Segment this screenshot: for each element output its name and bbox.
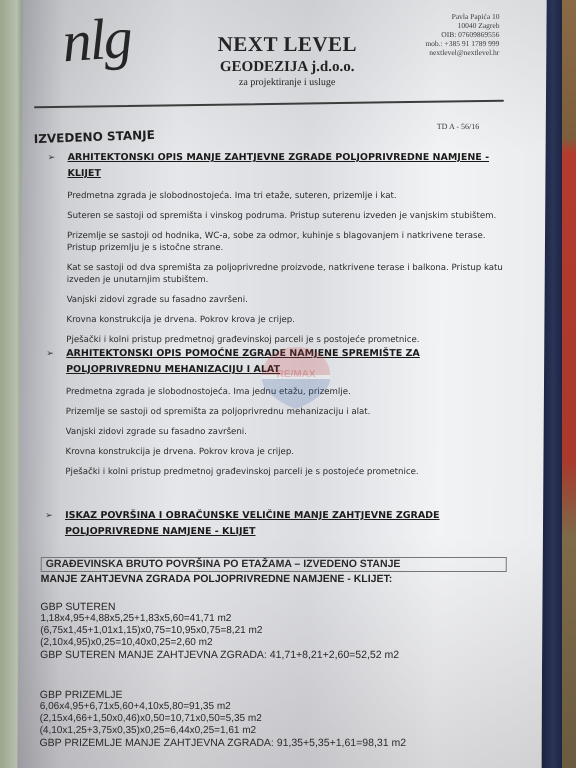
calc-line: (2,15x4,66+1,50x0,46)x0,50=10,71x0,50=5,…: [40, 713, 407, 725]
paragraph: Krovna konstrukcija je drvena. Pokrov kr…: [45, 446, 515, 458]
paragraph: Predmetna zgrada je slobodnostojeća. Ima…: [46, 386, 516, 398]
paragraph: Prizemlje se sastoji od spremišta za pol…: [46, 406, 516, 418]
section-storage-description: ➢ ARHITEKTONSKI OPIS POMOĆNE ZGRADE NAMJ…: [45, 346, 516, 478]
address-line: OIB: 07609869556: [417, 30, 499, 39]
paragraph: Kat se sastoji od dva spremišta za poljo…: [47, 262, 517, 286]
calc-line: 1,18x4,95+4,88x5,25+1,83x5,60=41,71 m2: [40, 613, 399, 625]
gbp-table-subtitle: MANJE ZAHTJEVNA ZGRADA POLJOPRIVREDNE NA…: [41, 573, 393, 585]
document-title: IZVEDENO STANJE: [34, 128, 155, 146]
address-line: 10040 Zagreb: [417, 21, 499, 30]
company-block: NEXT LEVEL GEODEZIJA j.d.o.o. za projekt…: [182, 32, 392, 88]
calc-line: (2,10x4,95)x0,25=10,40x0,25=2,60 m2: [40, 637, 399, 649]
calc-total: GBP SUTEREN MANJE ZAHTJEVNA ZGRADA: 41,7…: [40, 649, 399, 661]
calc-line: 6,06x4,95+6,71x5,60+4,10x5,80=91,35 m2: [40, 701, 407, 713]
calc-block-prizemlje: GBP PRIZEMLJE 6,06x4,95+6,71x5,60+4,10x5…: [39, 689, 406, 749]
section-heading-text: ARHITEKTONSKI OPIS MANJE ZAHTJEVNE ZGRAD…: [67, 152, 489, 179]
paragraph: Predmetna zgrada je slobodnostojeća. Ima…: [47, 190, 517, 202]
section-heading: ➢ ISKAZ POVRŠINA I OBRAČUNSKE VELIČINE M…: [45, 508, 515, 540]
company-logo: nlg: [60, 4, 132, 76]
calc-total: GBP PRIZEMLJE MANJE ZAHTJEVNA ZGRADA: 91…: [39, 737, 406, 749]
arrow-bullet-icon: ➢: [46, 346, 54, 362]
section-area-statement: ➢ ISKAZ POVRŠINA I OBRAČUNSKE VELIČINE M…: [45, 508, 515, 540]
calc-label: GBP SUTEREN: [40, 601, 399, 613]
paragraph: Vanjski zidovi zgrade su fasadno završen…: [47, 294, 517, 306]
arrow-bullet-icon: ➢: [48, 150, 56, 166]
company-name: NEXT LEVEL: [182, 32, 392, 57]
paragraph: Vanjski zidovi zgrade su fasadno završen…: [46, 426, 516, 438]
section-heading-text: ISKAZ POVRŠINA I OBRAČUNSKE VELIČINE MAN…: [65, 510, 440, 537]
calc-label: GBP PRIZEMLJE: [40, 689, 407, 701]
section-heading-text: ARHITEKTONSKI OPIS POMOĆNE ZGRADE NAMJEN…: [66, 348, 420, 375]
paragraph: Krovna konstrukcija je drvena. Pokrov kr…: [46, 314, 516, 326]
calc-block-suteren: GBP SUTEREN 1,18x4,95+4,88x5,25+1,83x5,6…: [40, 601, 399, 661]
company-address: Pavla Papića 10 10040 Zagreb OIB: 076098…: [417, 12, 499, 57]
paragraph: Pješački i kolni pristup predmetnoj građ…: [45, 466, 515, 478]
document-page: nlg NEXT LEVEL GEODEZIJA j.d.o.o. za pro…: [17, 0, 546, 768]
paragraph: Suteren se sastoji od spremišta i vinsko…: [47, 210, 517, 222]
address-line: nextlevel@nextlevel.hr: [417, 48, 499, 57]
paragraph: Pješački i kolni pristup predmetnoj građ…: [46, 334, 516, 346]
calc-line: (6,75x1,45+1,01x1,15)x0,75=10,95x0,75=8,…: [40, 625, 399, 637]
paragraph: Prizemlje se sastoji od hodnika, WC-a, s…: [47, 230, 517, 254]
header-divider: [34, 100, 504, 109]
background-table: [562, 0, 576, 768]
section-klijet-description: ➢ ARHITEKTONSKI OPIS MANJE ZAHTJEVNE ZGR…: [46, 150, 517, 346]
section-heading: ➢ ARHITEKTONSKI OPIS MANJE ZAHTJEVNE ZGR…: [47, 150, 517, 182]
section-heading: ➢ ARHITEKTONSKI OPIS POMOĆNE ZGRADE NAMJ…: [46, 346, 516, 378]
document-reference: TD A - 56/16: [437, 122, 480, 131]
address-line: mob.: +385 91 1789 999: [417, 39, 499, 48]
company-tagline: za projektiranje i usluge: [182, 77, 392, 88]
address-line: Pavla Papića 10: [418, 12, 500, 21]
calc-line: (4,10x1,25+3,75x0,35)x0,25=6,44x0,25=1,6…: [40, 725, 407, 737]
company-subtitle: GEODEZIJA j.d.o.o.: [182, 59, 392, 76]
gbp-table-title-box: GRAĐEVINSKA BRUTO POVRŠINA PO ETAŽAMA – …: [41, 557, 507, 572]
arrow-bullet-icon: ➢: [45, 508, 53, 524]
